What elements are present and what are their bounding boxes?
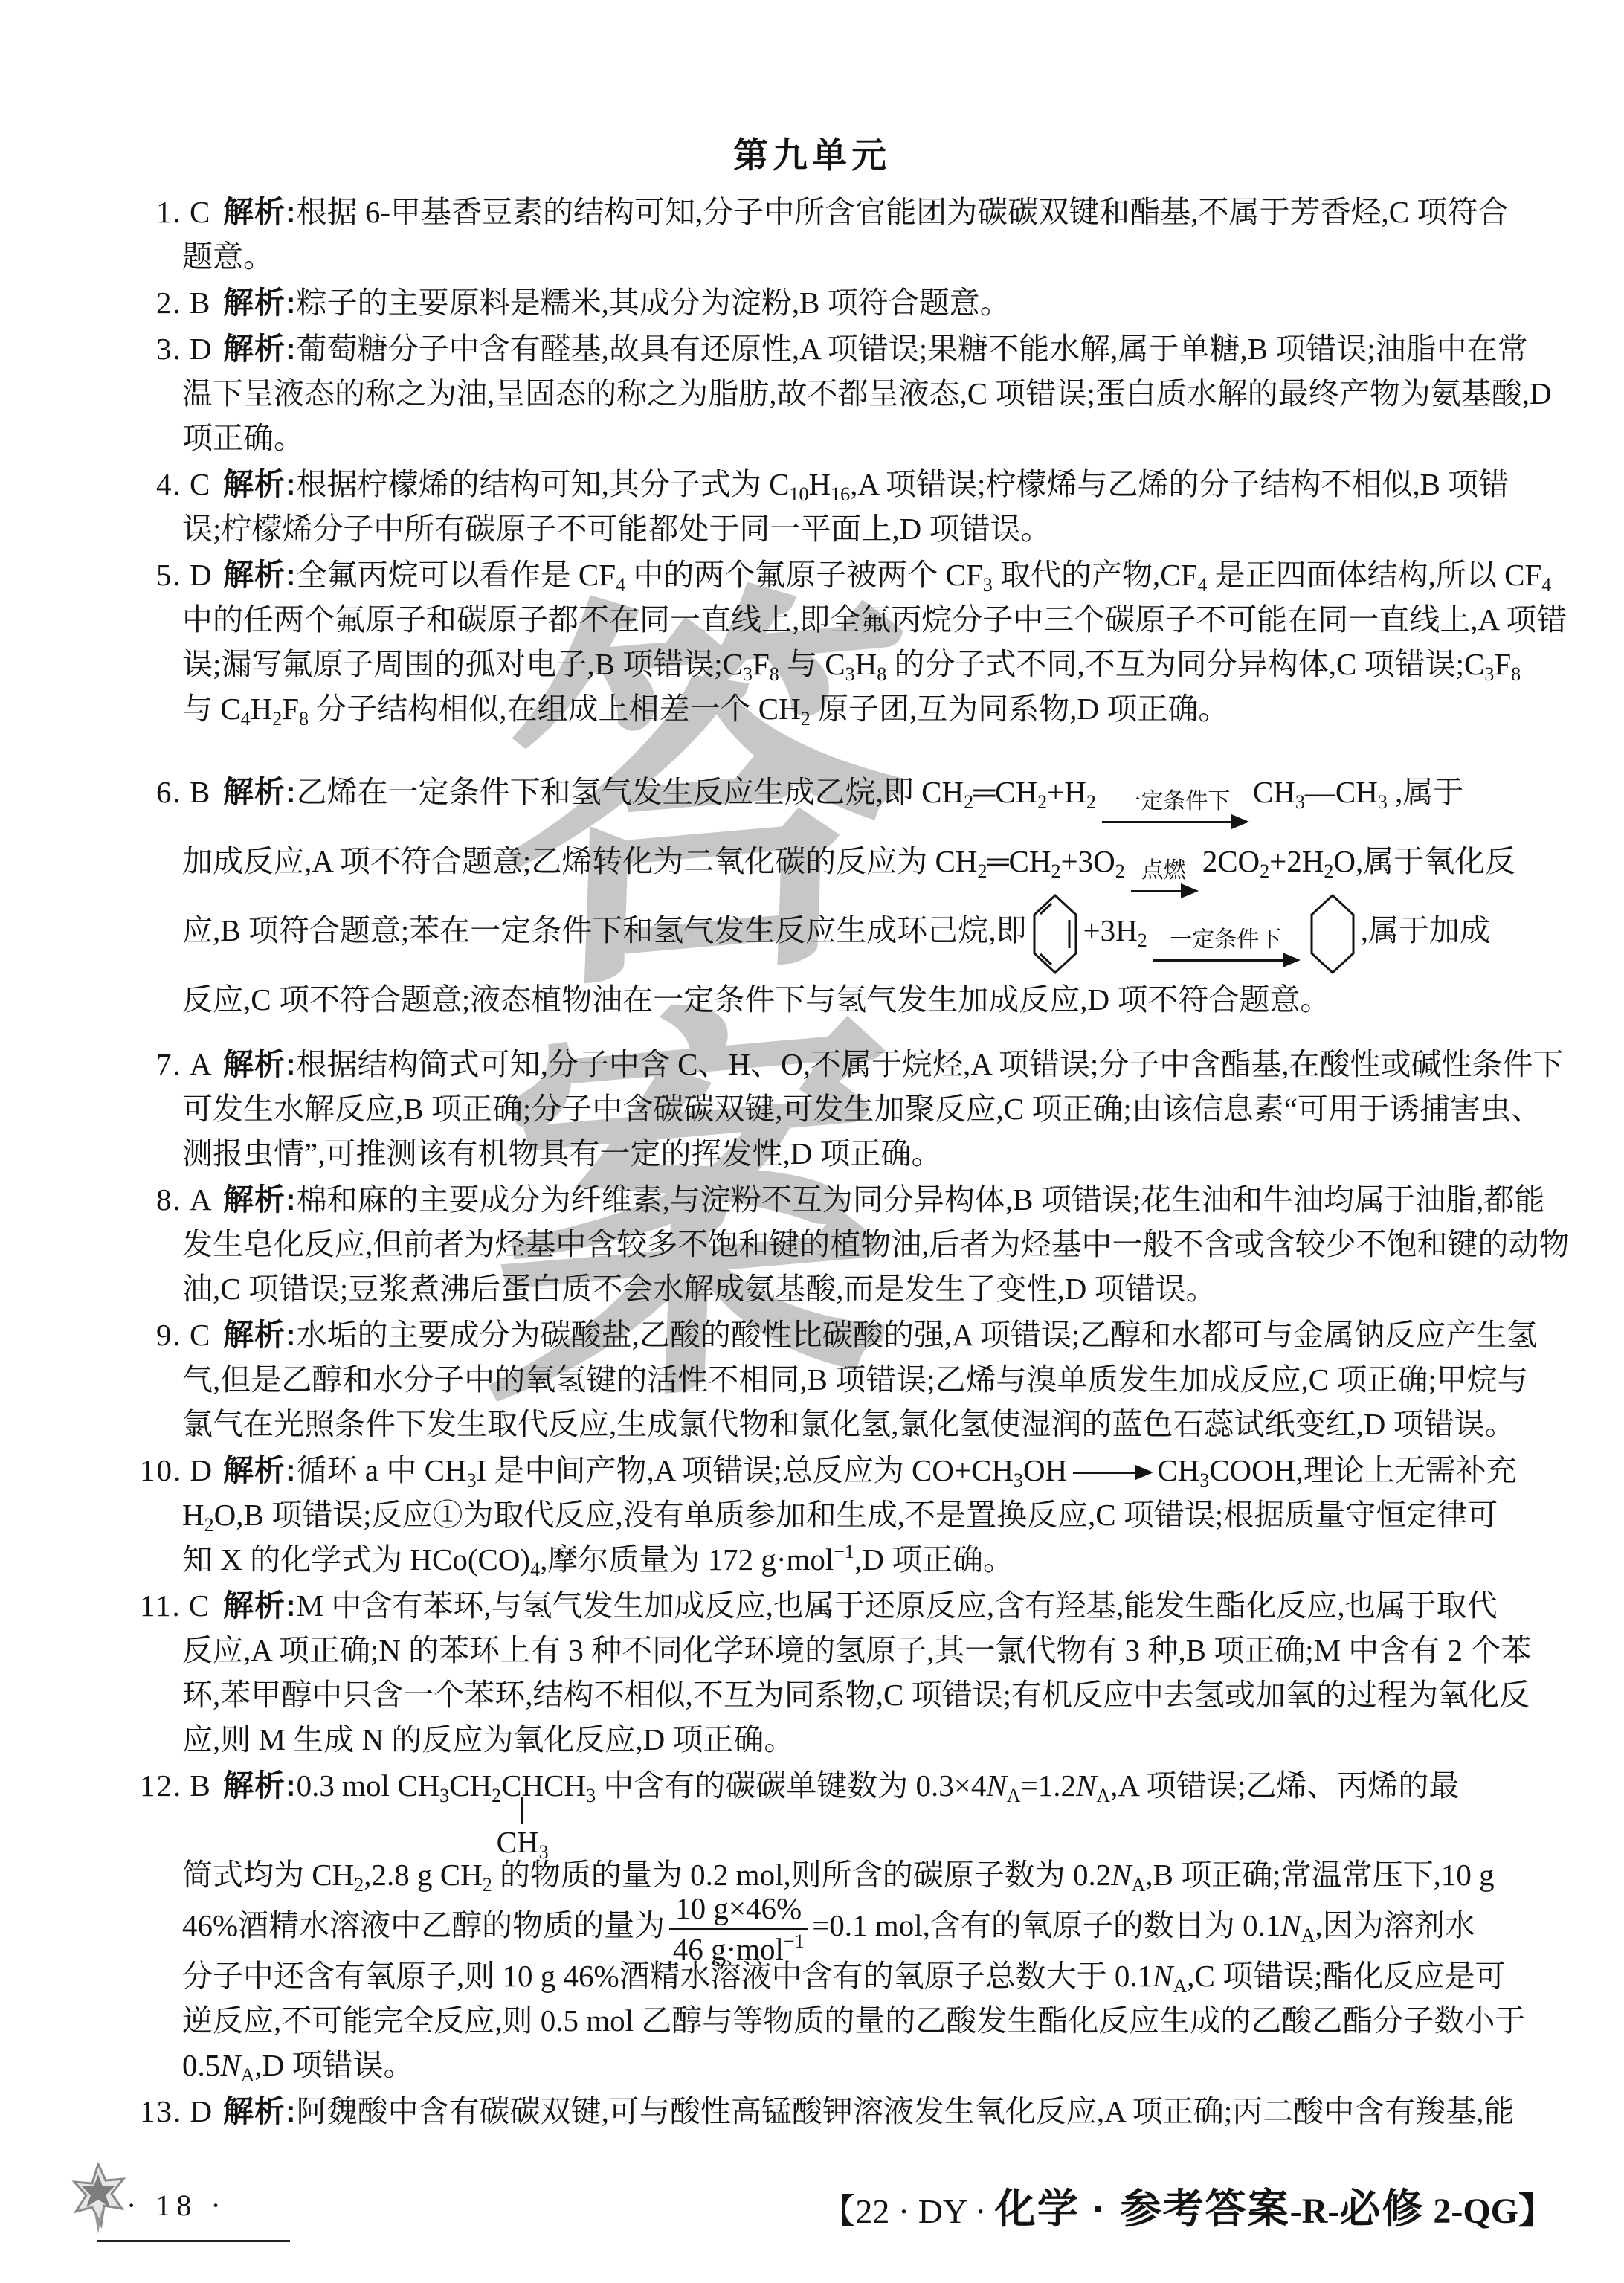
answer-item: 13. D解析:阿魏酸中含有碳碳双键,可与酸性高锰酸钾溶液发生氧化反应,A 项正… (71, 2089, 1554, 2134)
structure-spacer (71, 1808, 1554, 1852)
answer-item: 3. D解析:葡萄糖分子中含有醛基,故具有还原性,A 项错误;果糖不能水解,属于… (71, 326, 1554, 460)
item-number: 5. D (71, 553, 223, 597)
benzene-ring-diagram (1031, 893, 1079, 975)
answer-line: 10. D解析:循环 a 中 CH3I 是中间产物,A 项错误;总反应为 CO+… (71, 1448, 1554, 1493)
jiexi-label: 解析: (223, 467, 297, 501)
answer-item: 6. B解析:乙烯在一定条件下和氢气发生反应生成乙烷,即 CH2═CH2+H2一… (71, 758, 1554, 1034)
imprint-segment: 2-QG】 (1424, 2192, 1554, 2231)
answer-line: 题意。 (71, 234, 1554, 279)
item-number: 2. B (71, 280, 223, 325)
answer-line: 与 C4H2F8 分子结构相似,在组成上相差一个 CH2 原子团,互为同系物,D… (71, 686, 1554, 731)
imprint: 【22 · DY · 化学 · 参考答案-R-必修 2-QG】 (821, 2176, 1554, 2235)
answer-line: 4. C解析:根据柠檬烯的结构可知,其分子式为 C10H16,A 项错误;柠檬烯… (71, 462, 1554, 506)
jiexi-label: 解析: (223, 558, 297, 592)
branch-structure: CHCH3 (501, 1763, 544, 1808)
answer-line: 7. A解析:根据结构简式可知,分子中含 C、H、O,不属于烷烃,A 项错误;分… (71, 1042, 1554, 1086)
answer-item: 7. A解析:根据结构简式可知,分子中含 C、H、O,不属于烷烃,A 项错误;分… (71, 1042, 1554, 1176)
answer-line: 应,则 M 生成 N 的反应为氧化反应,D 项正确。 (71, 1717, 1554, 1762)
reaction-arrow: 点燃 (1131, 858, 1196, 892)
jiexi-label: 解析: (223, 1318, 297, 1352)
answer-list: 1. C解析:根据 6-甲基香豆素的结构可知,分子中所含官能团为碳碳双键和酯基,… (71, 190, 1554, 2134)
avogadro-symbol: N (1111, 1858, 1131, 1892)
item-number: 1. C (71, 190, 223, 234)
answer-line: H2O,B 项错误;反应①为取代反应,没有单质参加和生成,不是置换反应,C 项错… (71, 1493, 1554, 1537)
reaction-arrow (1073, 1472, 1151, 1474)
jiexi-label: 解析: (223, 286, 297, 320)
answer-line: 0.5NA,D 项错误。 (71, 2043, 1554, 2087)
avogadro-symbol: N (1076, 1768, 1096, 1803)
imprint-segment: -R- (1290, 2192, 1340, 2231)
answer-line: 1. C解析:根据 6-甲基香豆素的结构可知,分子中所含官能团为碳碳双键和酯基,… (71, 190, 1554, 234)
page-title: 第九单元 (0, 128, 1624, 178)
avogadro-symbol: N (986, 1768, 1006, 1803)
avogadro-symbol: N (1280, 1908, 1301, 1942)
answer-item: 1. C解析:根据 6-甲基香豆素的结构可知,分子中所含官能团为碳碳双键和酯基,… (71, 190, 1554, 279)
answer-line: 误;漏写氟原子周围的孤对电子,B 项错误;C3F8 与 C3H8 的分子式不同,… (71, 642, 1554, 686)
answer-line: 项正确。 (71, 416, 1554, 460)
item-number: 3. D (71, 326, 223, 371)
item-number: 10. D (71, 1448, 223, 1493)
page-number: · 18 · (126, 2188, 227, 2223)
jiexi-label: 解析: (223, 1047, 297, 1081)
answer-line: 逆反应,不可能完全反应,则 0.5 mol 乙醇与等物质的量的乙酸发生酯化反应生… (71, 1998, 1554, 2043)
answer-line: 应,B 项符合题意;苯在一定条件下和氢气发生反应生成环己烷,即+3H2一定条件下… (71, 896, 1554, 965)
answer-line: 11. C解析:M 中含有苯环,与氢气发生加成反应,也属于还原反应,含有羟基,能… (71, 1583, 1554, 1628)
imprint-segment: 化学 · 参考答案 (995, 2186, 1290, 2232)
item-number: 9. C (71, 1313, 223, 1357)
answer-line: 误;柠檬烯分子中所有碳原子不可能都处于同一平面上,D 项错误。 (71, 506, 1554, 551)
answer-line: 5. D解析:全氟丙烷可以看作是 CF4 中的两个氟原子被两个 CF3 取代的产… (71, 553, 1554, 597)
star-logo-icon (68, 2163, 128, 2252)
item-number: 12. B (71, 1763, 223, 1808)
answer-line: 3. D解析:葡萄糖分子中含有醛基,故具有还原性,A 项错误;果糖不能水解,属于… (71, 326, 1554, 371)
answer-line: 测报虫情”,可推测该有机物具有一定的挥发性,D 项正确。 (71, 1131, 1554, 1176)
item-number: 8. A (71, 1177, 223, 1222)
answer-item: 8. A解析:棉和麻的主要成分为纤维素,与淀粉不互为同分异构体,B 项错误;花生… (71, 1177, 1554, 1311)
footer: · 18 · 【22 · DY · 化学 · 参考答案-R-必修 2-QG】 (0, 2171, 1624, 2283)
item-number: 7. A (71, 1042, 223, 1086)
answer-line: 9. C解析:水垢的主要成分为碳酸盐,乙酸的酸性比碳酸的强,A 项错误;乙醇和水… (71, 1313, 1554, 1357)
answer-line: 环,苯甲醇中只含一个苯环,结构不相似,不互为同系物,C 项错误;有机反应中去氢或… (71, 1672, 1554, 1717)
answer-line: 温下呈液态的称之为油,呈固态的称之为脂肪,故不都呈液态,C 项错误;蛋白质水解的… (71, 371, 1554, 416)
imprint-segment: 【22 · DY · (821, 2192, 994, 2230)
answer-item: 9. C解析:水垢的主要成分为碳酸盐,乙酸的酸性比碳酸的强,A 项错误;乙醇和水… (71, 1313, 1554, 1446)
answer-line: 分子中还含有氧原子,则 10 g 46%酒精水溶液中含有的氧原子总数大于 0.1… (71, 1954, 1554, 1998)
imprint-segment: 必修 (1339, 2186, 1424, 2232)
answer-line: 气,但是乙醇和水分子中的氧氢键的活性不相同,B 项错误;乙烯与溴单质发生加成反应… (71, 1357, 1554, 1402)
cyclohexane-ring-diagram (1309, 893, 1356, 975)
answer-line: 中的任两个氟原子和碳原子都不在同一直线上,即全氟丙烷分子中三个碳原子不可能在同一… (71, 597, 1554, 642)
answer-item: 2. B解析:粽子的主要原料是糯米,其成分为淀粉,B 项符合题意。 (71, 280, 1554, 325)
jiexi-label: 解析: (223, 1588, 297, 1623)
answer-line: 简式均为 CH2,2.8 g CH2 的物质的量为 0.2 mol,则所含的碳原… (71, 1852, 1554, 1897)
jiexi-label: 解析: (223, 195, 297, 229)
answer-line: 46%酒精水溶液中乙醇的物质的量为10 g×46%46 g·mol−1=0.1 … (71, 1897, 1554, 1954)
jiexi-label: 解析: (223, 2094, 297, 2128)
answer-line: 12. B解析:0.3 mol CH3CH2CHCH3CH3 中含有的碳碳单键数… (71, 1763, 1554, 1808)
jiexi-label: 解析: (223, 332, 297, 366)
avogadro-symbol: N (1153, 1959, 1173, 1993)
item-number: 4. C (71, 462, 223, 506)
item-number: 11. C (71, 1583, 223, 1628)
item-number: 6. B (71, 758, 223, 827)
answer-line: 2. B解析:粽子的主要原料是糯米,其成分为淀粉,B 项符合题意。 (71, 280, 1554, 325)
reaction-arrow: 一定条件下 (1102, 789, 1247, 823)
answer-item: 5. D解析:全氟丙烷可以看作是 CF4 中的两个氟原子被两个 CF3 取代的产… (71, 553, 1554, 731)
answer-item: 4. C解析:根据柠檬烯的结构可知,其分子式为 C10H16,A 项错误;柠檬烯… (71, 462, 1554, 551)
jiexi-label: 解析: (223, 1768, 297, 1803)
avogadro-symbol: N (220, 2048, 240, 2082)
answer-item: 11. C解析:M 中含有苯环,与氢气发生加成反应,也属于还原反应,含有羟基,能… (71, 1583, 1554, 1762)
answer-line: 发生皂化反应,但前者为烃基中含较多不饱和键的植物油,后者为烃基中一般不含或含较少… (71, 1222, 1554, 1266)
answer-line: 可发生水解反应,B 项正确;分子中含碳碳双键,可发生加聚反应,C 项正确;由该信… (71, 1086, 1554, 1131)
reaction-arrow: 一定条件下 (1153, 927, 1298, 962)
answer-line: 氯气在光照条件下发生取代反应,生成氯代物和氯化氢,氯化氢使湿润的蓝色石蕊试纸变红… (71, 1402, 1554, 1446)
jiexi-label: 解析: (223, 775, 297, 809)
answer-line: 油,C 项错误;豆浆煮沸后蛋白质不会水解成氨基酸,而是发生了变性,D 项错误。 (71, 1266, 1554, 1311)
answer-line: 反应,C 项不符合题意;液态植物油在一定条件下与氢气发生加成反应,D 项不符合题… (71, 965, 1554, 1034)
jiexi-label: 解析: (223, 1182, 297, 1217)
answer-line: 知 X 的化学式为 HCo(CO)4,摩尔质量为 172 g·mol−1,D 项… (71, 1537, 1554, 1582)
answer-line: 加成反应,A 项不符合题意;乙烯转化为二氧化碳的反应为 CH2═CH2+3O2点… (71, 827, 1554, 896)
answer-line: 反应,A 项正确;N 的苯环上有 3 种不同化学环境的氢原子,其一氯代物有 3 … (71, 1628, 1554, 1672)
item-number: 13. D (71, 2089, 223, 2134)
answer-item: 10. D解析:循环 a 中 CH3I 是中间产物,A 项错误;总反应为 CO+… (71, 1448, 1554, 1582)
answer-line: 13. D解析:阿魏酸中含有碳碳双键,可与酸性高锰酸钾溶液发生氧化反应,A 项正… (71, 2089, 1554, 2134)
jiexi-label: 解析: (223, 1453, 297, 1487)
answer-item: 12. B解析:0.3 mol CH3CH2CHCH3CH3 中含有的碳碳单键数… (71, 1763, 1554, 2087)
answer-line: 6. B解析:乙烯在一定条件下和氢气发生反应生成乙烷,即 CH2═CH2+H2一… (71, 758, 1554, 827)
answer-line: 8. A解析:棉和麻的主要成分为纤维素,与淀粉不互为同分异构体,B 项错误;花生… (71, 1177, 1554, 1222)
page-number-underline (97, 2240, 290, 2242)
